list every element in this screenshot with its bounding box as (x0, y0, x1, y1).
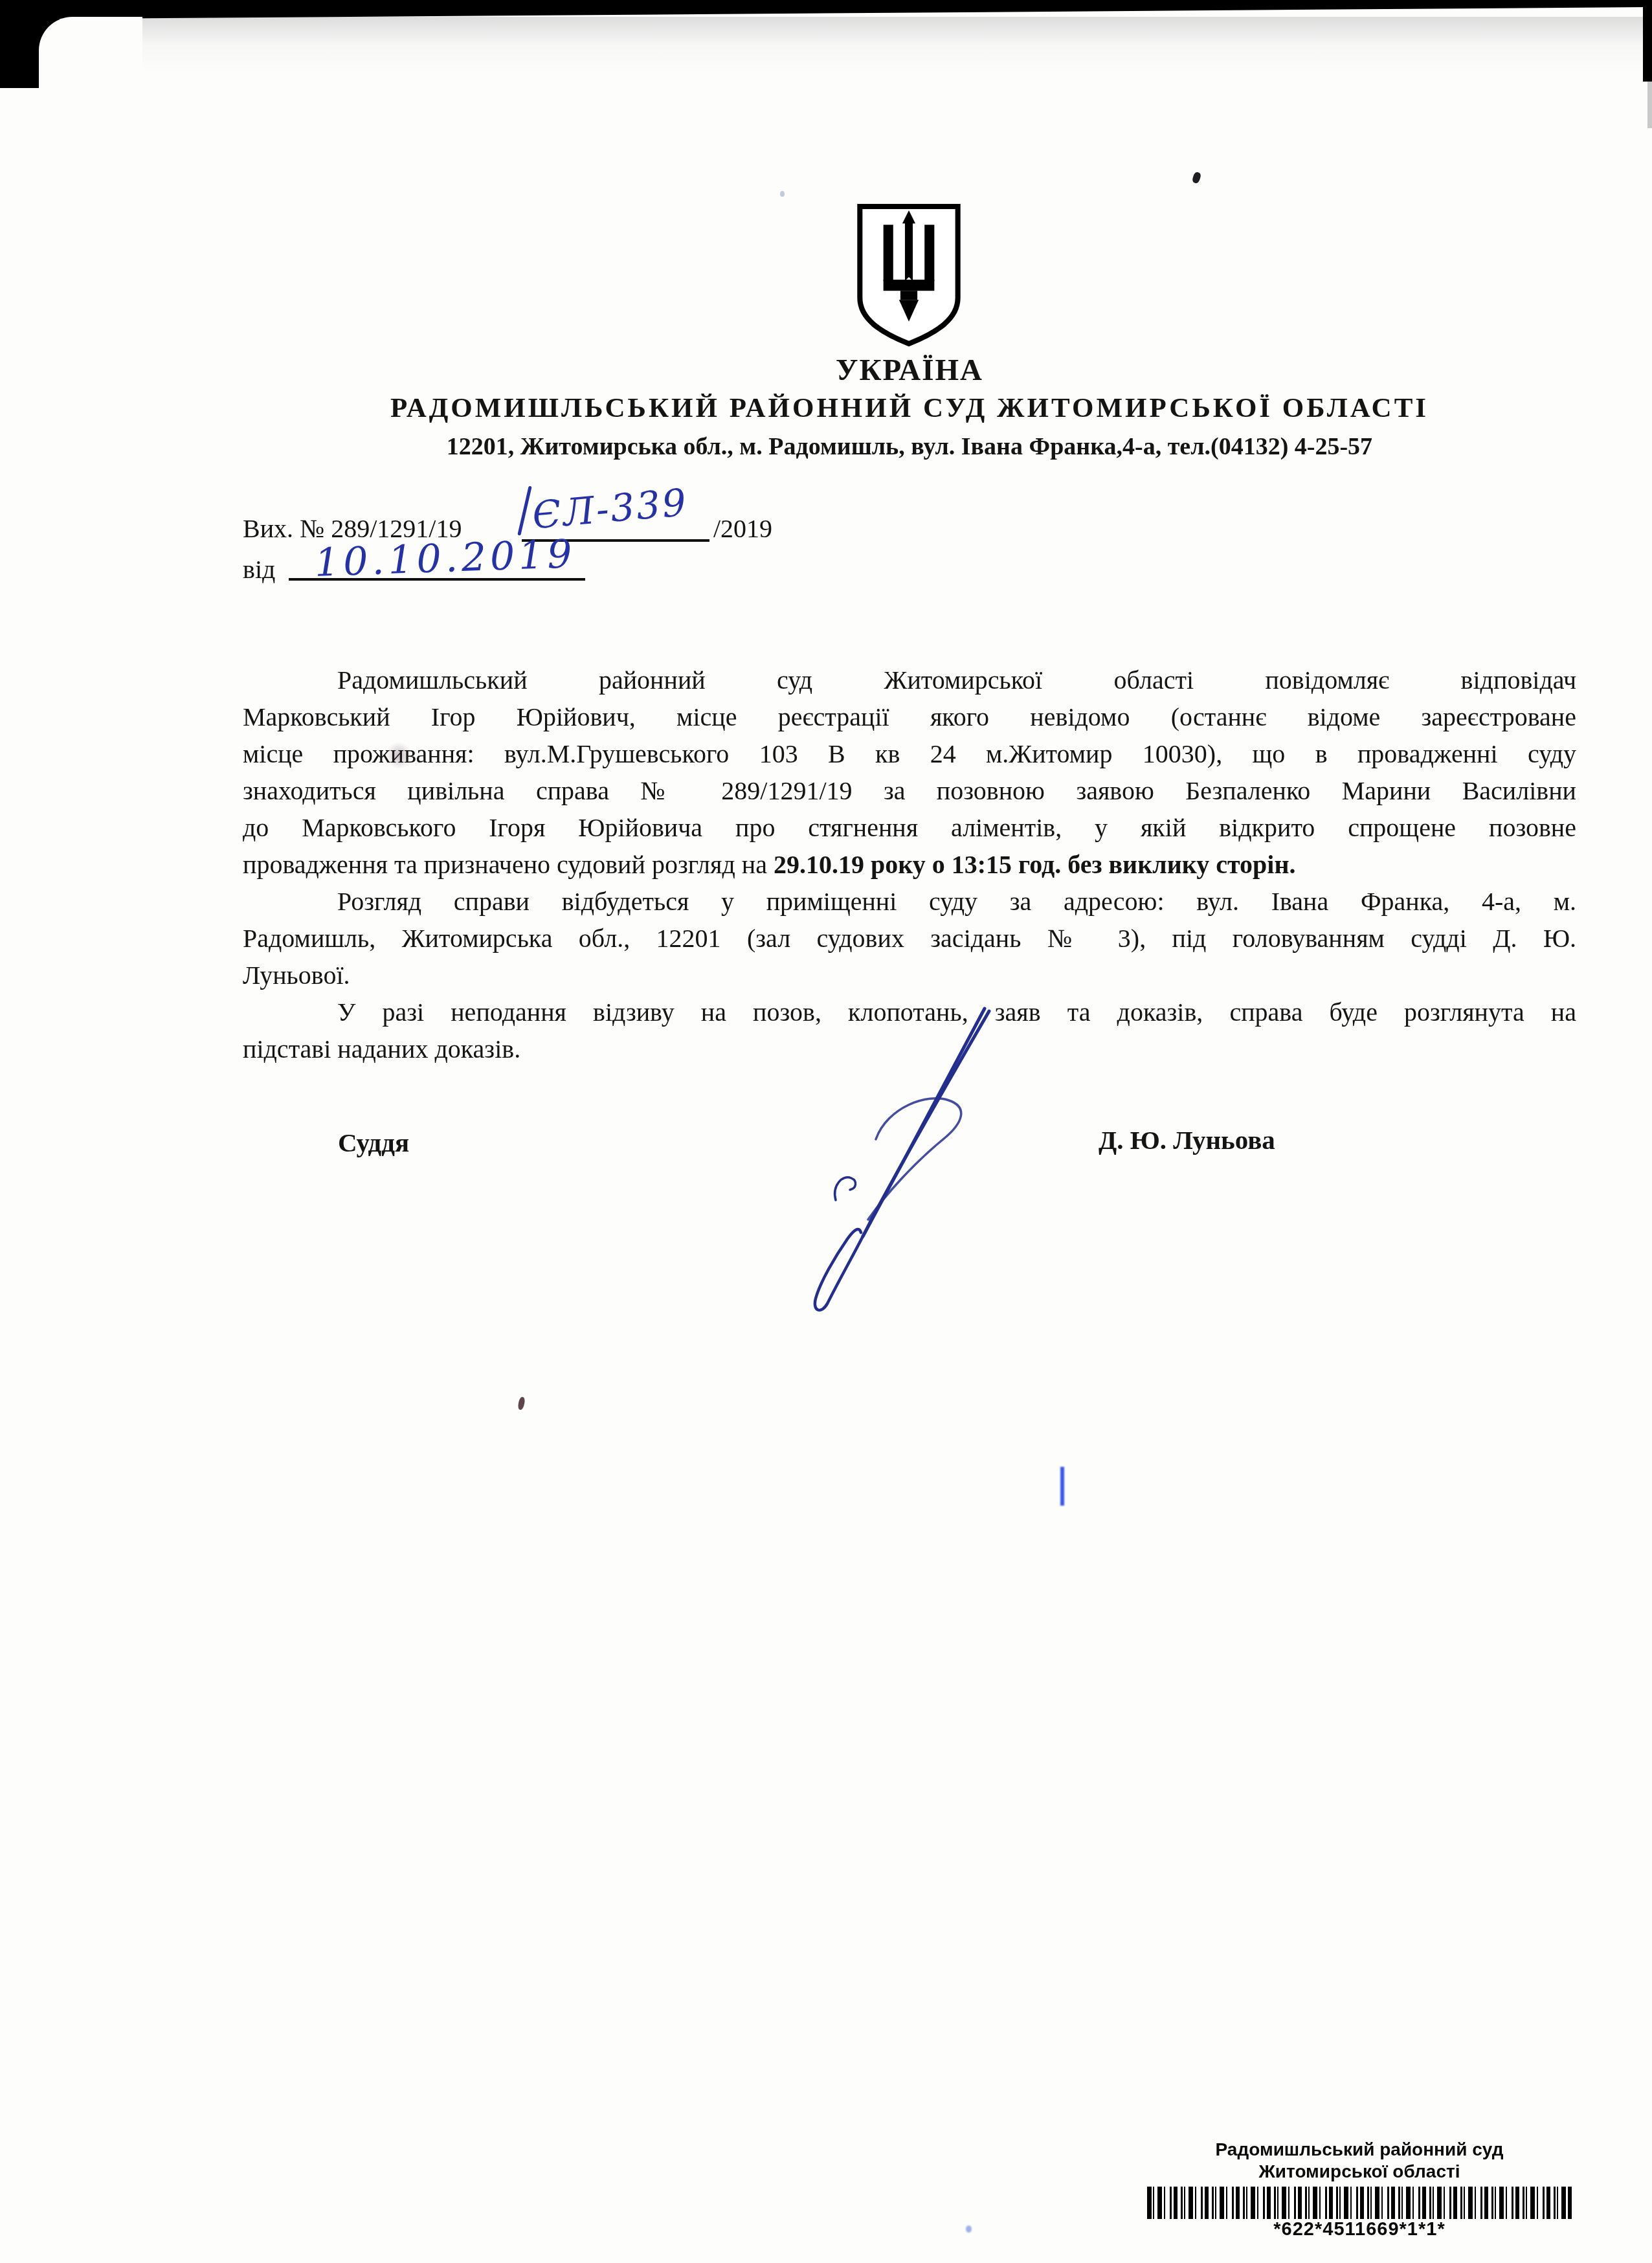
body-line-regular: провадження та призначено судовий розгля… (243, 850, 774, 879)
ink-speck (966, 2225, 972, 2233)
pen-stroke (517, 485, 531, 535)
hearing-date-bold: 29.10.19 року о 13:15 год. без виклику с… (774, 850, 1296, 879)
year-suffix: /2019 (713, 513, 772, 544)
scan-artifact-right-edge-grey (1647, 82, 1652, 128)
court-address: 12201, Житомирська обл., м. Радомишль, в… (243, 432, 1576, 461)
stamp-court-name: Радомишльський районний суд (1139, 2139, 1579, 2161)
body-line: провадження та призначено судовий розгля… (243, 846, 1576, 883)
barcode (1147, 2187, 1572, 2219)
ink-speck (1192, 172, 1202, 184)
ink-speck (780, 191, 785, 197)
scan-noise-band (0, 17, 1652, 72)
paper-rounded-corner (39, 17, 142, 114)
registration-stamp: Радомишльський районний суд Житомирської… (1139, 2139, 1579, 2240)
date-label: від (243, 554, 275, 585)
scan-stain (386, 742, 412, 769)
stamp-court-region: Житомирської області (1139, 2161, 1579, 2183)
handwritten-case-number: ЄЛ-339 (530, 480, 689, 538)
body-line: Луньової. (243, 957, 1576, 994)
body-line: Радомишльський районний суд Житомирської… (243, 662, 1576, 698)
body-line: місце проживання: вул.М.Грушевського 103… (243, 735, 1576, 772)
judge-signature-ink (798, 1002, 1000, 1333)
date-underline (289, 578, 585, 581)
body-line: Радомишль, Житомирська обл., 12201 (зал … (243, 920, 1576, 957)
blue-ink-smudge (1060, 1467, 1064, 1506)
body-line: знаходиться цивільна справа № 289/1291/1… (243, 772, 1576, 809)
body-line: Марковський Ігор Юрійович, місце реєстра… (243, 698, 1576, 735)
ink-speck (517, 1396, 526, 1410)
ukraine-trident-icon (853, 203, 965, 348)
body-line: до Марковського Ігоря Юрійовича про стяг… (243, 809, 1576, 846)
barcode-caption: *622*4511669*1*1* (1139, 2219, 1579, 2240)
body-line: Розгляд справи відбудеться у приміщенні … (243, 883, 1576, 920)
judge-name: Д. Ю. Луньова (1099, 1124, 1275, 1155)
judge-label: Суддя (338, 1127, 409, 1158)
country-title: УКРАЇНА (243, 353, 1576, 388)
court-name: РАДОМИШЛЬСЬКИЙ РАЙОННИЙ СУД ЖИТОМИРСЬКОЇ… (243, 392, 1576, 424)
scan-artifact-right-edge (1643, 0, 1652, 82)
